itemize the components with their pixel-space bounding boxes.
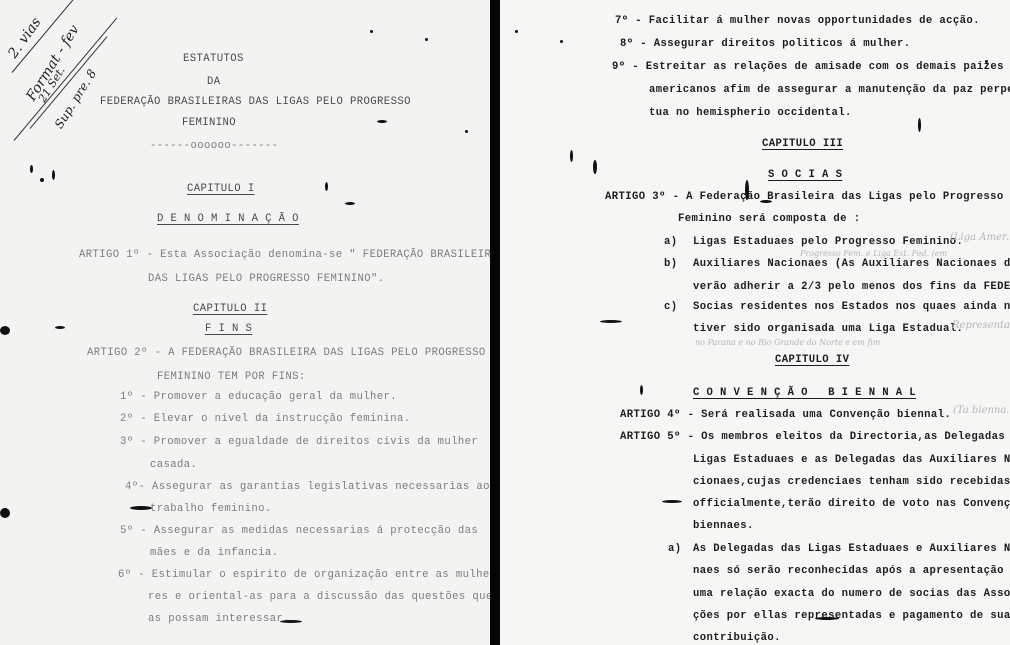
handwritten-annotation: no Parana e no Rio Grande do Norte e em …: [695, 338, 880, 347]
socias-item-c-letter: c): [664, 300, 678, 314]
ink-speck: [370, 30, 373, 33]
fins-item-8: 8º - Assegurar direitos politicos á mulh…: [620, 37, 911, 51]
chapter-3-heading: CAPITULO III: [762, 137, 843, 151]
article-1-line: ARTIGO 1º - Esta Associação denomina-se …: [79, 248, 492, 262]
ink-speck: [130, 506, 152, 510]
fins-item-5: 5º - Assegurar as medidas necessarias á …: [120, 524, 478, 538]
fins-item-3-cont: casada.: [150, 458, 197, 472]
ink-blot: [0, 508, 10, 518]
article-5-item-a-cont: ções por ellas representadas e pagamento…: [693, 609, 1010, 623]
fins-item-6-cont: as possam interessar.: [148, 612, 290, 626]
ink-speck: [377, 120, 387, 123]
article-3-line: ARTIGO 3º - A Federação Brasileira das L…: [605, 190, 1004, 204]
fins-item-2: 2º - Elevar o nivel da instrucção femini…: [120, 412, 411, 426]
ink-speck: [40, 178, 44, 182]
document-title-feminino: FEMININO: [182, 116, 236, 130]
fins-item-1: 1º - Promover a educação geral da mulher…: [120, 390, 397, 404]
article-5-item-a-cont: contribuição.: [693, 631, 781, 645]
chapter-2-heading: CAPITULO II: [193, 302, 267, 316]
document-title-da: DA: [207, 75, 221, 89]
fins-item-5-cont: mães e da infancia.: [150, 546, 278, 560]
article-5-line: ARTIGO 5º - Os membros eleitos da Direct…: [620, 430, 1010, 444]
article-5-item-a-letter: a): [668, 542, 682, 556]
ink-speck: [600, 320, 622, 323]
handwritten-annotation: Progresso Fem. e Liga Est. Fed. (em: [800, 249, 947, 258]
socias-item-c-cont: tiver sido organisada uma Liga Estadual.: [693, 322, 963, 336]
left-page: 2. vias Format - fev 21 Set. Sup. pre. 8…: [0, 0, 492, 645]
ink-speck: [593, 160, 597, 174]
fins-item-6: 6º - Estimular o espirito de organização…: [118, 568, 492, 582]
socias-item-b-cont: verão adherir a 2/3 pelo menos dos fins …: [693, 280, 1010, 294]
ink-speck: [760, 200, 772, 203]
ink-speck: [570, 150, 573, 162]
ink-speck: [345, 202, 355, 205]
document-title: ESTATUTOS: [183, 52, 244, 66]
chapter-1-subheading: D E N O M I N A Ç Ã O: [157, 212, 299, 226]
socias-item-a: Ligas Estaduaes pelo Progresso Feminino.: [693, 235, 963, 249]
fins-item-9-cont: americanos afim de assegurar a manutençã…: [649, 83, 1010, 97]
ink-speck: [640, 385, 643, 395]
article-5-line: officialmente,terão direito de voto nas …: [693, 497, 1010, 511]
ink-speck: [918, 118, 921, 132]
chapter-1-heading: CAPITULO I: [187, 182, 255, 196]
chapter-4-heading: CAPITULO IV: [775, 353, 849, 367]
fins-item-7: 7º - Facilitar á mulher novas opportunid…: [615, 14, 980, 28]
handwritten-annotation: Representan...: [952, 320, 1010, 331]
ink-speck: [52, 170, 55, 180]
article-2-line: ARTIGO 2º - A FEDERAÇÃO BRASILEIRA DAS L…: [87, 346, 486, 360]
article-5-line: biennaes.: [693, 519, 754, 533]
ink-speck: [30, 165, 33, 173]
article-2-line: FEMININO TEM POR FINS:: [157, 370, 306, 384]
article-5-item-a-cont: uma relação exacta do numero de socias d…: [693, 587, 1010, 601]
document-title-org: FEDERAÇÃO BRASILEIRAS DAS LIGAS PELO PRO…: [100, 95, 411, 109]
article-5-line: cionaes,cujas credenciaes tenham sido re…: [693, 475, 1010, 489]
socias-item-a-letter: a): [664, 235, 678, 249]
article-5-line: Ligas Estaduaes e as Delegadas das Auxil…: [693, 453, 1010, 467]
ink-speck: [465, 130, 468, 133]
ink-speck: [280, 620, 302, 623]
ink-blot: [0, 326, 10, 335]
fins-item-9: 9º - Estreitar as relações de amisade co…: [612, 60, 1004, 74]
ink-speck: [560, 40, 563, 43]
ink-speck: [425, 38, 428, 41]
ink-speck: [662, 500, 682, 503]
fins-item-3: 3º - Promover a egualdade de direitos ci…: [120, 435, 478, 449]
article-3-line: Feminino será composta de :: [678, 212, 860, 226]
article-4: ARTIGO 4º - Será realisada uma Convenção…: [620, 408, 951, 422]
ink-speck: [815, 617, 839, 620]
ink-speck: [325, 182, 328, 191]
title-separator: ------oooooo-------: [150, 139, 278, 153]
article-5-item-a: As Delegadas das Ligas Estaduaes e Auxil…: [693, 542, 1010, 556]
chapter-4-subheading: C O N V E N Ç Ã O B I E N N A L: [693, 386, 916, 400]
ink-speck: [55, 326, 65, 329]
handwritten-annotation: (Liga Amer...: [950, 232, 1010, 243]
handwritten-annotation: (Ta bienna...: [953, 405, 1010, 416]
ink-speck: [985, 60, 988, 63]
fins-item-4: 4º- Assegurar as garantias legislativas …: [125, 480, 490, 494]
ink-speck: [745, 180, 749, 200]
chapter-3-subheading: S O C I A S: [768, 168, 842, 182]
fins-item-9-cont: tua no hemispherio occidental.: [649, 106, 852, 120]
fins-item-4-cont: trabalho feminino.: [150, 502, 272, 516]
socias-item-c: Socias residentes nos Estados nos quaes …: [693, 300, 1010, 314]
article-1-line: DAS LIGAS PELO PROGRESSO FEMININO".: [148, 272, 385, 286]
fins-item-6-cont: res e oriental-as para a discussão das q…: [148, 590, 492, 604]
socias-item-b: Auxiliares Nacionaes (As Auxiliares Naci…: [693, 257, 1010, 271]
socias-item-b-letter: b): [664, 257, 678, 271]
article-5-item-a-cont: naes só serão reconhecidas após a aprese…: [693, 564, 1010, 578]
chapter-2-subheading: F I N S: [205, 322, 252, 336]
ink-speck: [515, 30, 518, 33]
right-page: 7º - Facilitar á mulher novas opportunid…: [500, 0, 1010, 645]
